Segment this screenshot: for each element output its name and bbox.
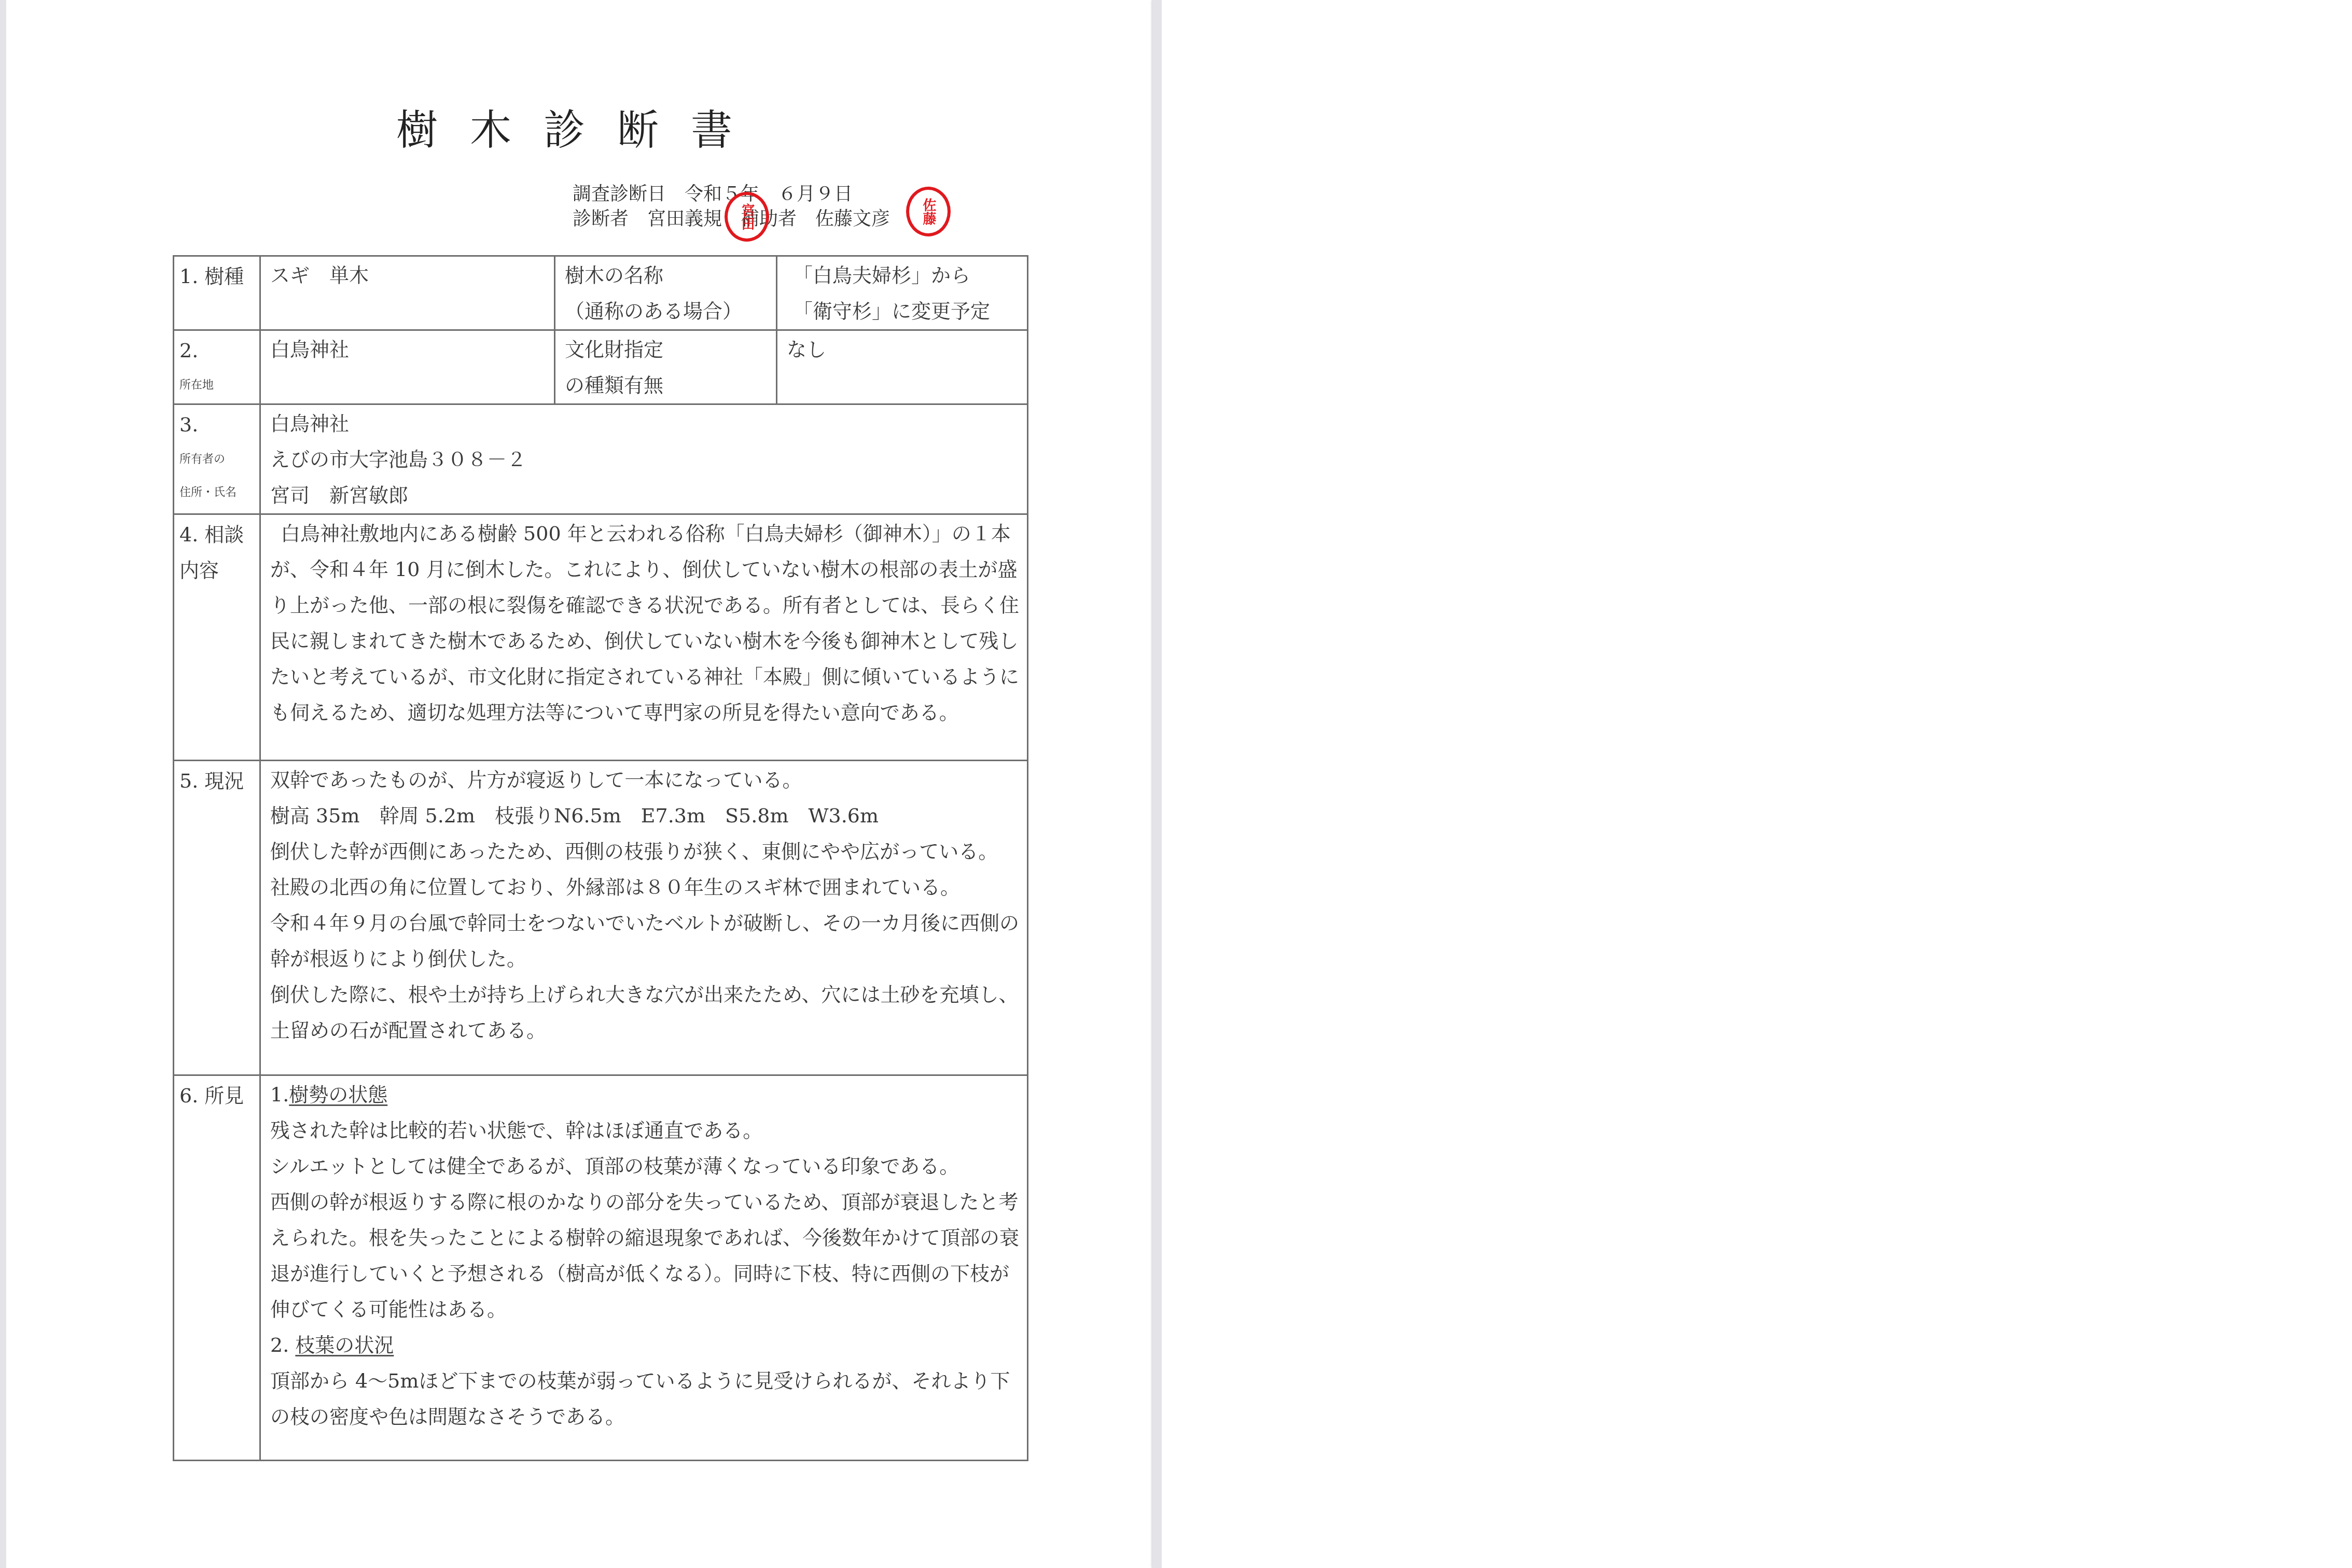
- seal-text: 佐藤: [921, 198, 936, 225]
- label-current-status: 5. 現況: [174, 761, 260, 1075]
- row-tree-species: 1. 樹種 スギ 単木 樹木の名称 （通称のある場合） 「白鳥夫婦杉」から 「衛…: [174, 256, 1028, 330]
- row-owner: 3. 所有者の 住所・氏名 白鳥神社 えびの市大字池島３０８－２ 宮司 新宮敏郎: [174, 404, 1028, 514]
- label-findings: 6. 所見: [174, 1075, 260, 1461]
- assistant-name: 佐藤文彦: [815, 208, 890, 230]
- label-cultural-property: 文化財指定 の種類有無: [555, 330, 777, 404]
- row-current-status: 5. 現況 双幹であったものが、片方が寝返りして一本になっている。 樹高 35m…: [174, 761, 1028, 1075]
- row-findings: 6. 所見 1.樹勢の状態 残された幹は比較的若い状態で、幹はほぼ通直である。 …: [174, 1075, 1028, 1461]
- label-owner: 3. 所有者の 住所・氏名: [174, 404, 260, 514]
- paragraph: 西側の幹が根返りする際に根のかなりの部分を失っているため、頂部が衰退したと考えら…: [270, 1184, 1021, 1327]
- owner-line: 宮司 新宮敏郎: [270, 478, 1021, 513]
- seal-stamp-diagnoser: 宮田: [725, 192, 769, 242]
- label-line: 文化財指定: [565, 332, 770, 368]
- label-num: 2.: [179, 333, 259, 369]
- page-gutter-middle: [1152, 0, 1162, 1568]
- paragraph: 令和４年９月の台風で幹同士をつないでいたベルトが破断し、その一カ月後に西側の幹が…: [270, 905, 1021, 977]
- survey-date-line: 調査診断日 令和５年 ６月９日: [573, 181, 853, 207]
- label-location: 2. 所在地: [174, 330, 260, 404]
- value-cultural-property: なし: [777, 330, 1028, 404]
- paragraph: 社殿の北西の角に位置しており、外縁部は８０年生のスギ林で囲まれている。: [270, 870, 1021, 905]
- label-small: 所在地: [179, 369, 259, 402]
- paragraph: 双幹であったものが、片方が寝返りして一本になっている。: [270, 762, 1021, 798]
- paragraph: 残された幹は比較的若い状態で、幹はほぼ通直である。: [270, 1113, 1021, 1149]
- label-small: 住所・氏名: [179, 476, 259, 509]
- value-consultation: 白鳥神社敷地内にある樹齢 500 年と云われる俗称「白鳥夫婦杉（御神木）」の１本…: [260, 514, 1028, 761]
- value-location: 白鳥神社: [260, 330, 555, 404]
- value-line: 「白鳥夫婦杉」から: [787, 258, 1021, 293]
- label-num: 3.: [179, 407, 259, 443]
- label-consultation: 4. 相談 内容: [174, 514, 260, 761]
- value-owner: 白鳥神社 えびの市大字池島３０８－２ 宮司 新宮敏郎: [260, 404, 1028, 514]
- section-title: 枝葉の状況: [295, 1334, 394, 1356]
- section-heading: 2. 枝葉の状況: [270, 1327, 1021, 1363]
- page-gutter-left: [0, 0, 6, 1568]
- section-num: 2.: [270, 1334, 289, 1356]
- page-1: 樹木診断書 調査診断日 令和５年 ６月９日 診断者 宮田義規 補助者 佐藤文彦 …: [6, 0, 1152, 1568]
- label-line: 4. 相談: [179, 517, 259, 553]
- value-tree-name: 「白鳥夫婦杉」から 「衛守杉」に変更予定: [777, 256, 1028, 330]
- row-location: 2. 所在地 白鳥神社 文化財指定 の種類有無 なし: [174, 330, 1028, 404]
- label-line: 樹木の名称: [565, 258, 770, 293]
- paragraph: シルエットとしては健全であるが、頂部の枝葉が薄くなっている印象である。: [270, 1149, 1021, 1184]
- label-tree-species: 1. 樹種: [174, 256, 260, 330]
- owner-line: えびの市大字池島３０８－２: [270, 442, 1021, 478]
- survey-date-value: 令和５年 ６月９日: [685, 184, 853, 205]
- section-title: 樹勢の状態: [289, 1083, 387, 1106]
- section-heading: 1.樹勢の状態: [270, 1077, 1021, 1113]
- section-num: 1.: [270, 1083, 289, 1106]
- seal-stamp-assistant: 佐藤: [906, 187, 951, 236]
- paragraph: 倒伏した幹が西側にあったため、西側の枝張りが狭く、東側にやや広がっている。: [270, 834, 1021, 870]
- diagnoser-label: 診断者: [573, 208, 629, 230]
- label-line: の種類有無: [565, 368, 770, 403]
- seal-text: 宮田: [739, 203, 755, 230]
- value-line: 「衛守杉」に変更予定: [787, 293, 1021, 329]
- label-tree-name: 樹木の名称 （通称のある場合）: [555, 256, 777, 330]
- label-line: 内容: [179, 553, 259, 589]
- paragraph: 白鳥神社敷地内にある樹齢 500 年と云われる俗称「白鳥夫婦杉（御神木）」の１本…: [270, 516, 1021, 731]
- diagnosis-table-page1: 1. 樹種 スギ 単木 樹木の名称 （通称のある場合） 「白鳥夫婦杉」から 「衛…: [173, 255, 1028, 1461]
- label-line: （通称のある場合）: [565, 293, 770, 329]
- value-findings: 1.樹勢の状態 残された幹は比較的若い状態で、幹はほぼ通直である。 シルエットと…: [260, 1075, 1028, 1461]
- measurements: 樹高 35m 幹周 5.2m 枝張りN6.5m E7.3m S5.8m W3.6…: [270, 798, 1021, 834]
- value-tree-species: スギ 単木: [260, 256, 555, 330]
- paragraph: 倒伏した際に、根や土が持ち上げられ大きな穴が出来たため、穴には土砂を充填し、土留…: [270, 977, 1021, 1048]
- page-2: 2. 主幹・大枝の状況 中程度の枯れ枝は見受けられるが、あまり問題はなさそうであ…: [1162, 0, 2352, 1568]
- survey-date-label: 調査診断日: [573, 184, 666, 205]
- owner-line: 白鳥神社: [270, 406, 1021, 442]
- paragraph: 頂部から 4～5mほど下までの枝葉が弱っているように見受けられるが、それより下の…: [270, 1363, 1021, 1435]
- row-consultation: 4. 相談 内容 白鳥神社敷地内にある樹齢 500 年と云われる俗称「白鳥夫婦杉…: [174, 514, 1028, 761]
- label-small: 所有者の: [179, 443, 259, 476]
- document-title: 樹木診断書: [396, 102, 822, 159]
- value-current-status: 双幹であったものが、片方が寝返りして一本になっている。 樹高 35m 幹周 5.…: [260, 761, 1028, 1075]
- diagnoser-name: 宮田義規: [647, 208, 722, 230]
